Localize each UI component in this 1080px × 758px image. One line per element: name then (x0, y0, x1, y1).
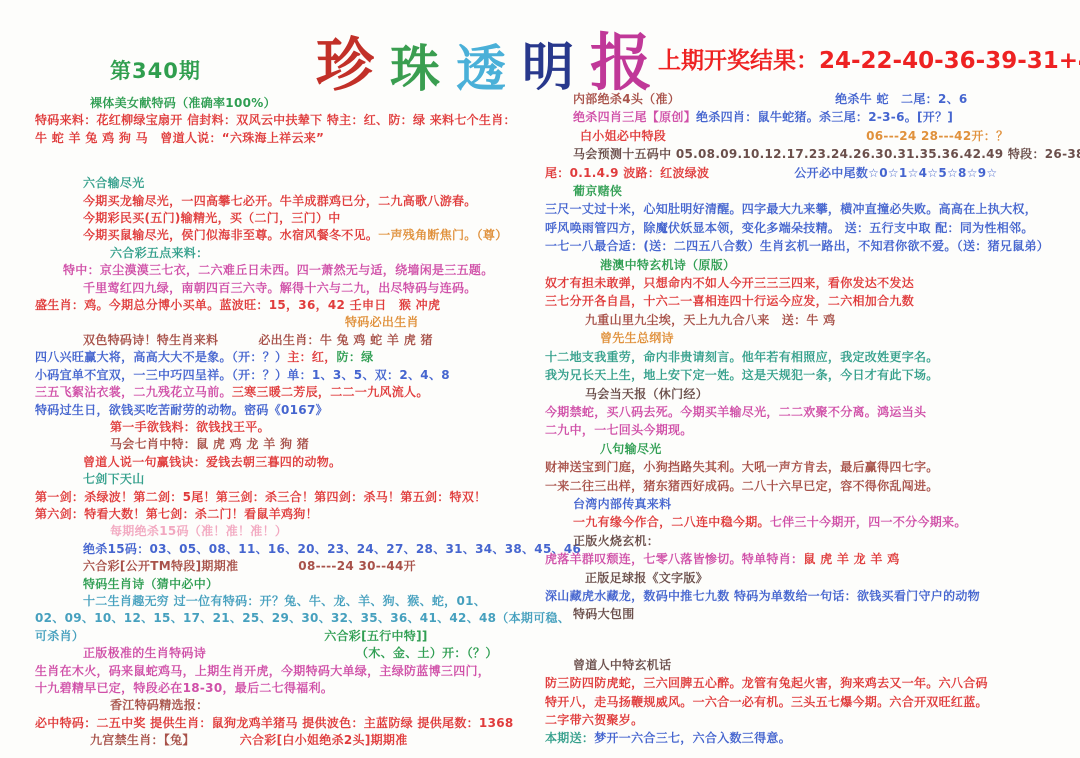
text-line: 一七一八最合适：(送：二四五八合数）生肖玄机一路出，不知君你欲不爱。（送：猪兄鼠… (545, 237, 1080, 255)
text-segment: 六合彩[五行中特]] (324, 629, 427, 643)
text-line: 呼风唤雨管四方，除魔伏妖显本领，变化多端朵技精。 送：五行支中取 配：同为性相邻… (545, 219, 1080, 237)
text-line: 02、09、10、12、15、17、21、25、29、30、32、35、36、4… (35, 610, 545, 627)
text-line: 曾道人说一句赢钱诀：爱钱去朝三暮四的动物。 (35, 454, 545, 471)
text-segment: 绝杀牛 蛇 二尾：2、6 (835, 92, 967, 106)
text-line: 六合彩[公开TM特段]期期准08----24 30--44开 (35, 558, 545, 575)
left-column: 裸体美女献特码（准确率100%）特码来料：花红柳绿宝扇开 信封料：双风云中扶辇下… (35, 95, 545, 750)
text-segment: 二九中，一七回头今期现。 (545, 423, 693, 437)
text-line: 今期买龙输尽光，一四高攀七必开。牛羊成群鸡已分，二九高歌八游春。 (35, 193, 545, 210)
text-segment: 曾先生总纲诗 (600, 331, 674, 345)
text-line: 特码来料：花红柳绿宝扇开 信封料：双风云中扶辇下 特主：红、防：绿 来料七个生肖… (35, 112, 545, 129)
text-segment: 双色特码诗！特生肖来料 (83, 333, 218, 347)
text-segment: 八句输尽光 (600, 442, 662, 456)
text-segment: 七伴三十今期开，四一不分今期来。 (770, 515, 967, 529)
text-segment: 一九有缘今作合，二八连中稳今期。 (573, 515, 770, 529)
text-segment: 绝杀四肖三尾【原创】 (573, 110, 696, 124)
text-segment: 财神送宝到门庭，小狗挡路失其利。大吼一声方肯去，最后赢得四七字。 (545, 460, 939, 474)
text-segment: 牛 蛇 羊 兔 鸡 狗 马 曾道人说：“六珠海上祥云来” (35, 131, 324, 145)
text-segment: 绝杀四肖：鼠牛蛇猪。杀三尾：2-3-6。[开？] (696, 110, 953, 124)
text-line: 内部绝杀4头（准）绝杀牛 蛇 二尾：2、6 (545, 90, 1080, 108)
text-segment: 一声残角断焦门。（尊） (378, 228, 507, 242)
title-char: 珠 (390, 44, 440, 94)
text-line: 三七分开各自昌，十六二一喜相连四十行运今应发，二六相加合九数 (545, 292, 1080, 310)
text-segment: 三七分开各自昌，十六二一喜相连四十行运今应发，二六相加合九数 (545, 294, 914, 308)
text-segment: 七剑下天山 (83, 472, 145, 486)
text-line: 每期绝杀15码（准！准！准！） (35, 523, 545, 540)
text-line: 四八兴旺赢大将，高高大大不是象。（开：？）主：红，防：绿 (35, 349, 545, 366)
text-segment: 六合输尽光 (83, 176, 145, 190)
text-line: 尾：0.1.4.9 波路：红波绿波公开必中尾数☆0☆1☆4☆5☆8☆9☆ (545, 164, 1080, 182)
text-segment: 白小姐必中特段 (580, 129, 666, 143)
text-line: 马会七肖中特：鼠 虎 鸡 龙 羊 狗 猪 (35, 436, 545, 453)
text-line: 绝杀四肖三尾【原创】绝杀四肖：鼠牛蛇猪。杀三尾：2-3-6。[开？] (545, 108, 1080, 126)
text-line: 第一手欲钱料：欲钱找王平。 (35, 419, 545, 436)
text-segment: 六合彩[公开TM特段]期期准 (83, 559, 238, 573)
text-segment: 绝杀15码：03、05、08、11、16、20、23、24、27、28、31、3… (83, 542, 581, 556)
text-line: 今期禁蛇，买八码去死。今期买羊输尽光，二二欢聚不分离。鸿运当头 (545, 403, 1080, 421)
title-char: 报 (590, 32, 652, 94)
text-segment: 特中：京尘漠漠三七衣，二六难丘日未西。四一萧然无与适，绕墙闲是三五题。 (63, 263, 494, 277)
text-segment: 正版极准的生肖特码诗 (83, 646, 206, 660)
text-segment: 第一手欲钱料：欲钱找王平。 (110, 420, 270, 434)
text-line: 曾道人中特玄机话 (545, 656, 1080, 674)
text-segment: 内部绝杀4头（准） (573, 92, 680, 106)
text-segment: 生肖在木火，码来鼠蛇鸡马，上期生肖开虎，今期特码大单绿，主绿防蓝博三四门， (35, 664, 490, 678)
title-char: 珍 (316, 36, 374, 94)
text-segment: 盛生肖：鸡。今期总分博小买单。蓝波旺：15，36，42 壬申日 猴 冲虎 (35, 298, 440, 312)
text-segment: 香江特码精选报： (110, 698, 208, 712)
text-segment: 三尺一丈过十米，心知肚明好清醒。四字最大九来攀，横冲直撞必失败。高高在上执大权， (545, 202, 1037, 216)
text-segment: 一来二往三出样，猪东猪西好成码。二八十六早已定，容不得你乱闯进。 (545, 479, 939, 493)
text-line: 特码生肖诗（猜中必中） (35, 576, 545, 593)
text-line: 七剑下天山 (35, 471, 545, 488)
text-segment: 今期买鼠输尽光，侯门似海非至尊。水宿风餐冬不见。 (83, 228, 378, 242)
text-segment: 今期禁蛇，买八码去死。今期买羊输尽光，二二欢聚不分离。鸿运当头 (545, 405, 926, 419)
text-segment: 梦开一六合三七，六合入数三得意。 (594, 731, 791, 745)
text-segment: 曾道人中特玄机话 (573, 658, 671, 672)
text-segment: 特码生肖诗（猜中必中） (83, 577, 218, 591)
newspaper-page: 第340期 珍珠透明报 上期开奖结果：24-22-40-36-39-31+48 … (0, 0, 1080, 758)
text-line: 一九有缘今作合，二八连中稳今期。七伴三十今期开，四一不分今期来。 (545, 513, 1080, 531)
text-line: 第六剑：特看大数！第七剑：杀二门！看鼠羊鸡狗！ (35, 506, 545, 523)
text-line: 特开八，走马扬鞭规威风。一六合一必有机。三头五七爆今期。六合开双旺红蓝。 (545, 693, 1080, 711)
text-line: 八句输尽光 (545, 440, 1080, 458)
text-segment: 必出生肖：牛 兔 鸡 蛇 羊 虎 猪 (258, 333, 432, 347)
text-line: 曾先生总纲诗 (545, 329, 1080, 347)
text-segment: 四八兴旺赢大将，高高大大不是象。（开：？） (35, 350, 287, 364)
text-segment: 可杀肖） (35, 629, 84, 643)
text-line: 香江特码精选报： (35, 697, 545, 714)
title-char: 透 (456, 44, 506, 94)
text-line: 我为兄长天上生，地上安下定一姓。这是天规犯一条，今日才有此下场。 (545, 366, 1080, 384)
text-segment: 三寒三暖二芳辰，二二一九风流人。 (232, 385, 429, 399)
text-line: 二字带六贺聚岁。 (545, 711, 1080, 729)
text-segment: 十二生肖趣无穷 过一位有特码：开？兔、牛、龙、羊、狗、猴、蛇，01、 (83, 594, 486, 608)
text-line: 马会当天报（休门经） (545, 385, 1080, 403)
text-segment: 港澳中特玄机诗（原版） (600, 258, 735, 272)
text-segment: 主：红， (287, 350, 336, 364)
text-segment: 今期买龙输尽光，一四高攀七必开。牛羊成群鸡已分，二九高歌八游春。 (83, 194, 477, 208)
text-line: 小码宜单不宜双，一三中巧四呈祥。（开：？）单：1、3、5、双：2、4、8 (35, 367, 545, 384)
text-segment: 特码过生日，欲钱买吃苦耐劳的动物。密码《0167》 (35, 403, 328, 417)
text-line: 白小姐必中特段06---24 28---42开：？ (545, 127, 1080, 145)
text-segment: 一七一八最合适：(送：二四五八合数）生肖玄机一路出，不知君你欲不爱。（送：猪兄鼠… (545, 239, 1049, 253)
text-line: 马会预测十五码中 05.08.09.10.12.17.23.24.26.30.3… (545, 145, 1080, 163)
text-line: 特中：京尘漠漠三七衣，二六难丘日未西。四一萧然无与适，绕墙闲是三五题。 (35, 262, 545, 279)
text-segment: 千里莺红四九绿，南朝四百三六寺。解得十六与二九，出尽特码与连码。 (83, 281, 477, 295)
text-segment: 九重山里九尘埃，天上九九合八来 送：牛 鸡 (585, 313, 835, 327)
text-segment: 防三防四防虎蛇，三六回脾五心醉。龙管有兔起火害，狗来鸡去又一年。六八合码 (545, 676, 988, 690)
text-line: 裸体美女献特码（准确率100%） (35, 95, 545, 112)
text-line: 正版火烧玄机： (545, 532, 1080, 550)
text-segment: 02、09、10、12、15、17、21、25、29、30、32、35、36、4… (35, 611, 570, 625)
text-line: 十二地支我重劳，命内非贵请刻言。他年若有相照应，我定改姓更字名。 (545, 348, 1080, 366)
issue-number: 第340期 (110, 55, 201, 85)
text-line: 双色特码诗！特生肖来料必出生肖：牛 兔 鸡 蛇 羊 虎 猪 (35, 332, 545, 349)
title-char: 明 (522, 42, 574, 94)
text-segment: 马会七肖中特：鼠 虎 鸡 龙 羊 狗 猪 (110, 437, 309, 451)
text-line: 六合彩五点来料： (35, 245, 545, 262)
text-segment: 本期送： (545, 731, 594, 745)
text-line: 十九碧精早已定，特段必在18-30，最后二七得福利。 (35, 680, 545, 697)
text-segment: 公开必中尾数☆0☆1☆4☆5☆8☆9☆ (794, 166, 997, 180)
text-line: 葡京赌侠 (545, 182, 1080, 200)
text-line: 三尺一丈过十米，心知肚明好清醒。四字最大九来攀，横冲直撞必失败。高高在上执大权， (545, 200, 1080, 218)
text-segment: 十九碧精早已定，特段必在18-30，最后二七得福利。 (35, 681, 333, 695)
text-segment: 今期彩民买(五门)输精光，买（二门，三门）中 (83, 211, 341, 225)
text-line: 特码必出生肖 (35, 314, 545, 331)
text-segment: 特开八，走马扬鞭规威风。一六合一必有机。三头五七爆今期。六合开双旺红蓝。 (545, 695, 988, 709)
text-line: 今期买鼠输尽光，侯门似海非至尊。水宿风餐冬不见。一声残角断焦门。（尊） (35, 227, 545, 244)
text-segment: 马会预测十五码中 05.08.09.10.12.17.23.24.26.30.3… (573, 147, 1080, 161)
text-line: 防三防四防虎蛇，三六回脾五心醉。龙管有兔起火害，狗来鸡去又一年。六八合码 (545, 674, 1080, 692)
text-segment: （木、金、土）开：（？） (356, 646, 498, 660)
text-segment: 奴才有担未敢弹，只想命内不如人今开三三三四来，看你发达不发达 (545, 276, 914, 290)
text-line: 三五飞絮沾衣裳，二九残花立马前。三寒三暖二芳辰，二二一九风流人。 (35, 384, 545, 401)
text-segment: 九宫禁生肖：【兔】 (90, 733, 195, 747)
text-segment: 深山藏虎水藏龙，数码中推七九数 特码为单数给一句话：欲钱买看门守户的动物 (545, 589, 980, 603)
text-segment: 06---24 28---42开：？ (866, 129, 1008, 143)
text-line: 特码大包围 (545, 605, 1080, 623)
paper-title: 珍珠透明报 (316, 14, 676, 94)
text-segment: 我为兄长天上生，地上安下定一姓。这是天规犯一条，今日才有此下场。 (545, 368, 939, 382)
text-line: 九重山里九尘埃，天上九九合八来 送：牛 鸡 (545, 311, 1080, 329)
text-segment: 曾道人说一句赢钱诀：爱钱去朝三暮四的动物。 (83, 455, 341, 469)
text-line: 今期彩民买(五门)输精光，买（二门，三门）中 (35, 210, 545, 227)
text-segment: 特码必出生肖 (345, 315, 419, 329)
text-segment: 二字带六贺聚岁。 (545, 713, 643, 727)
text-line: 一来二往三出样，猪东猪西好成码。二八十六早已定，容不得你乱闯进。 (545, 477, 1080, 495)
text-segment: 小码宜单不宜双，一三中巧四呈祥。（开：？）单：1、3、5、双：2、4、8 (35, 368, 450, 382)
text-line: 必中特码：二五中奖 提供生肖：鼠狗龙鸡羊猪马 提供波色：主蓝防绿 提供尾数：13… (35, 715, 545, 732)
text-segment: 三五飞絮沾衣裳，二九残花立马前。 (35, 385, 232, 399)
text-line: 生肖在木火，码来鼠蛇鸡马，上期生肖开虎，今期特码大单绿，主绿防蓝博三四门， (35, 663, 545, 680)
text-segment: 虎落羊群叹颓连，七零八落皆惨切。特单特肖： (545, 552, 803, 566)
text-segment: 特码大包围 (573, 607, 635, 621)
text-line: 深山藏虎水藏龙，数码中推七九数 特码为单数给一句话：欲钱买看门守户的动物 (545, 587, 1080, 605)
last-draw-result: 上期开奖结果：24-22-40-36-39-31+48 (658, 42, 1078, 75)
text-line: 正版极准的生肖特码诗（木、金、土）开：（？） (35, 645, 545, 662)
text-line: 虎落羊群叹颓连，七零八落皆惨切。特单特肖：鼠 虎 羊 龙 羊 鸡 (545, 550, 1080, 568)
text-segment: 08----24 30--44开 (298, 559, 416, 573)
text-segment: 六合彩五点来料： (110, 246, 208, 260)
text-segment: 葡京赌侠 (573, 184, 622, 198)
right-column: 内部绝杀4头（准）绝杀牛 蛇 二尾：2、6绝杀四肖三尾【原创】绝杀四肖：鼠牛蛇猪… (545, 90, 1080, 748)
text-segment: 第一剑：杀绿波！第二剑：5尾！第三剑：杀三合！第四剑：杀马！第五剑：特双！ (35, 490, 486, 504)
text-line: 正版足球报《文字版》 (545, 569, 1080, 587)
text-line: 六合输尽光 (35, 175, 545, 192)
text-segment: 裸体美女献特码（准确率100%） (90, 96, 276, 110)
text-segment: 六合彩[白小姐绝杀2头]期期准 (240, 733, 408, 747)
text-segment: 尾：0.1.4.9 波路：红波绿波 (545, 166, 709, 180)
text-line: 十二生肖趣无穷 过一位有特码：开？兔、牛、龙、羊、狗、猴、蛇，01、 (35, 593, 545, 610)
text-segment: 台湾内部传真来料 (573, 497, 671, 511)
text-segment: 每期绝杀15码（准！准！准！） (110, 524, 287, 538)
text-segment: 特码来料：花红柳绿宝扇开 信封料：双风云中扶辇下 特主：红、防：绿 来料七个生肖… (35, 113, 516, 127)
text-line: 财神送宝到门庭，小狗挡路失其利。大吼一声方肯去，最后赢得四七字。 (545, 458, 1080, 476)
text-line: 九宫禁生肖：【兔】六合彩[白小姐绝杀2头]期期准 (35, 732, 545, 749)
text-line: 特码过生日，欲钱买吃苦耐劳的动物。密码《0167》 (35, 402, 545, 419)
text-line: 盛生肖：鸡。今期总分博小买单。蓝波旺：15，36，42 壬申日 猴 冲虎 (35, 297, 545, 314)
text-line: 二九中，一七回头今期现。 (545, 421, 1080, 439)
text-line: 可杀肖）六合彩[五行中特]] (35, 628, 545, 645)
text-line: 牛 蛇 羊 兔 鸡 狗 马 曾道人说：“六珠海上祥云来” (35, 130, 545, 147)
text-line: 奴才有担未敢弹，只想命内不如人今开三三三四来，看你发达不发达 (545, 274, 1080, 292)
text-line: 台湾内部传真来料 (545, 495, 1080, 513)
text-line: 绝杀15码：03、05、08、11、16、20、23、24、27、28、31、3… (35, 541, 545, 558)
text-segment: 十二地支我重劳，命内非贵请刻言。他年若有相照应，我定改姓更字名。 (545, 350, 939, 364)
text-line: 港澳中特玄机诗（原版） (545, 256, 1080, 274)
text-segment: 必中特码：二五中奖 提供生肖：鼠狗龙鸡羊猪马 提供波色：主蓝防绿 提供尾数：13… (35, 716, 514, 730)
text-segment: 马会当天报（休门经） (585, 387, 708, 401)
text-line: 本期送：梦开一六合三七，六合入数三得意。 (545, 729, 1080, 747)
text-line: 千里莺红四九绿，南朝四百三六寺。解得十六与二九，出尽特码与连码。 (35, 280, 545, 297)
text-segment: 正版火烧玄机： (573, 534, 659, 548)
text-line: 第一剑：杀绿波！第二剑：5尾！第三剑：杀三合！第四剑：杀马！第五剑：特双！ (35, 489, 545, 506)
text-segment: 鼠 虎 羊 龙 羊 鸡 (803, 552, 899, 566)
text-segment: 呼风唤雨管四方，除魔伏妖显本领，变化多端朵技精。 送：五行支中取 配：同为性相邻… (545, 221, 1034, 235)
text-segment: 防：绿 (337, 350, 374, 364)
text-segment: 第六剑：特看大数！第七剑：杀二门！看鼠羊鸡狗！ (35, 507, 318, 521)
text-segment: 正版足球报《文字版》 (585, 571, 708, 585)
